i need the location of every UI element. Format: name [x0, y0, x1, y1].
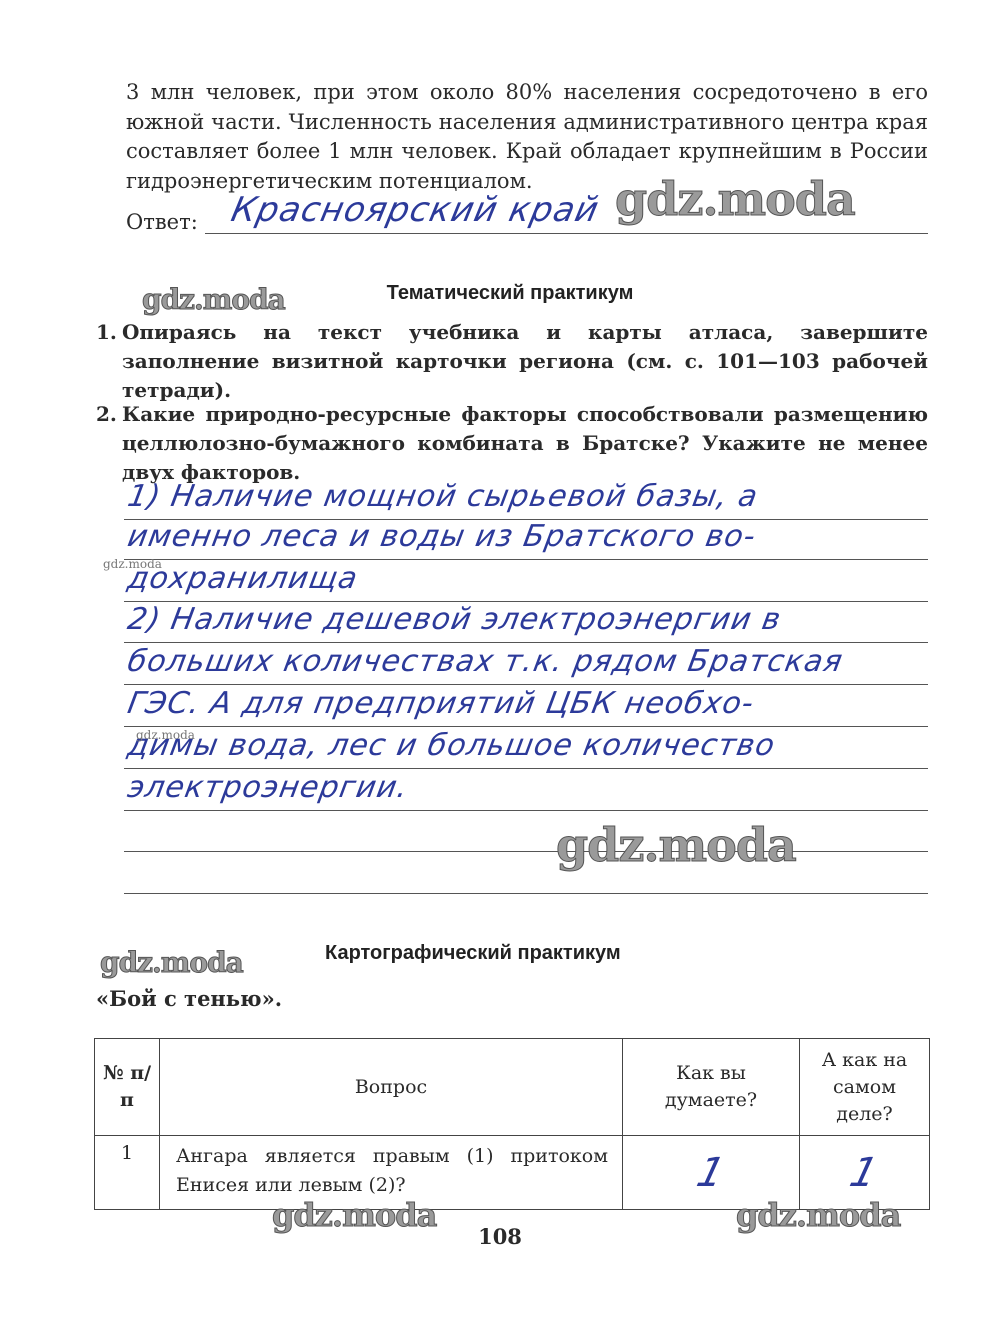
cell-number: 1 — [95, 1136, 160, 1210]
header-actual: А как на самом деле? — [800, 1039, 930, 1136]
answer-rule-line — [124, 726, 928, 727]
answer-rule-line — [124, 851, 928, 852]
task-number: 2. — [96, 400, 117, 429]
task-1: 1. Опираясь на текст учебника и карты ат… — [96, 318, 928, 405]
actual-handwritten: 1 — [846, 1150, 884, 1196]
table-header-row: № п/п Вопрос Как вы думаете? А как на са… — [95, 1039, 930, 1136]
section-title-thematic: Тематический практикум — [0, 282, 1000, 305]
handwritten-line: ГЭС. А для предприятий ЦБК необхо- — [125, 686, 757, 721]
answer-line — [205, 233, 928, 234]
watermark: gdz.moda — [100, 946, 243, 979]
header-question: Вопрос — [160, 1039, 623, 1136]
answer-rule-line — [124, 810, 928, 811]
answer-handwritten: Красноярский край — [228, 190, 603, 230]
task-text: Опираясь на текст учебника и карты атлас… — [96, 318, 928, 405]
page-number: 108 — [0, 1224, 1000, 1249]
answer-label: Ответ: — [126, 210, 198, 234]
watermark: gdz.moda — [103, 557, 162, 571]
quiz-table: № п/п Вопрос Как вы думаете? А как на са… — [94, 1038, 930, 1210]
answer-rule-line — [124, 893, 928, 894]
handwritten-line: именно леса и воды из Братского во- — [125, 519, 759, 554]
header-guess: Как вы думаете? — [623, 1039, 800, 1136]
watermark: gdz.moda — [615, 172, 855, 226]
task-number: 1. — [96, 318, 117, 347]
handwritten-line: 1) Наличие мощной сырьевой базы, а — [125, 479, 761, 514]
cartographic-subtitle: «Бой с тенью». — [96, 986, 282, 1011]
section-title-cartographic: Картографический практикум — [325, 942, 621, 965]
header-number: № п/п — [95, 1039, 160, 1136]
task-text: Какие природно-ресурсные факторы способс… — [96, 400, 928, 487]
guess-handwritten: 1 — [692, 1150, 730, 1196]
answer-rule-line — [124, 642, 928, 643]
handwritten-line: димы вода, лес и большое количество — [125, 728, 778, 763]
answer-rule-line — [124, 684, 928, 685]
answer-rule-line — [124, 559, 928, 560]
watermark: gdz.moda — [136, 728, 195, 742]
handwritten-line: электроэнергии. — [125, 770, 411, 805]
handwritten-line: 2) Наличие дешевой электроэнергии в — [125, 602, 784, 637]
watermark: gdz.moda — [556, 818, 796, 872]
task-2: 2. Какие природно-ресурсные факторы спос… — [96, 400, 928, 487]
answer-rule-line — [124, 768, 928, 769]
handwritten-line: больших количествах т.к. рядом Братская — [125, 644, 846, 679]
